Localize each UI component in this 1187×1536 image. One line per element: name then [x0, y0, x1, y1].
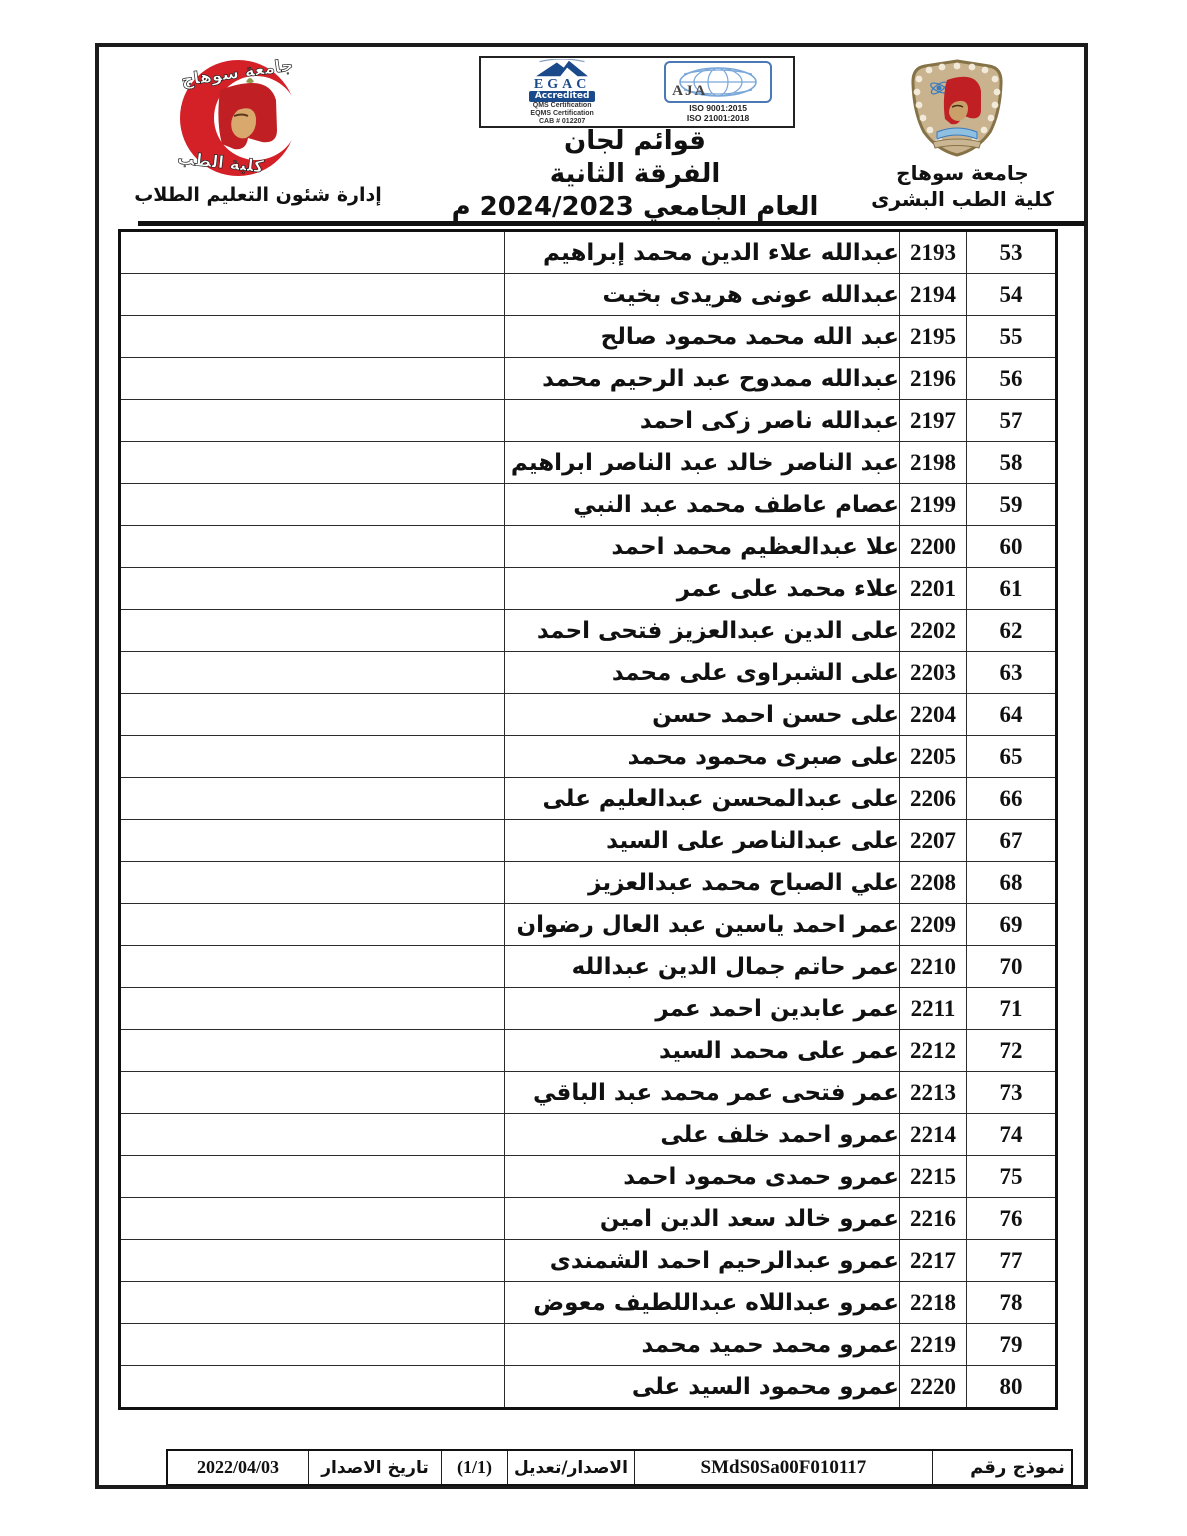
aja-globe-frame: AJA: [664, 61, 772, 103]
title-committee-lists: قوائم لجان: [400, 125, 870, 158]
university-name-block: جامعة سوهاج كلية الطب البشرى: [860, 160, 1065, 212]
signature-cell: [120, 694, 505, 736]
student-name: على حسن احمد حسن: [505, 694, 900, 736]
signature-cell: [120, 904, 505, 946]
seat-number: 2198: [900, 442, 967, 484]
student-row: على عبدالناصر على السيد220767: [120, 820, 1057, 862]
issue-date-label: تاريخ الاصدار: [309, 1450, 442, 1485]
student-row: عبد الناصر خالد عبد الناصر ابراهيم219858: [120, 442, 1057, 484]
student-row: عبدالله عونى هريدى بخيت219454: [120, 274, 1057, 316]
student-affairs-dept-label: إدارة شئون التعليم الطلاب: [118, 184, 398, 206]
seat-number: 2196: [900, 358, 967, 400]
student-row: عمر فتحى عمر محمد عبد الباقي221373: [120, 1072, 1057, 1114]
serial-number: 66: [967, 778, 1057, 820]
aja-iso-line: ISO 9001:2015: [689, 103, 747, 113]
seat-number: 2217: [900, 1240, 967, 1282]
student-row: علي الصباح محمد عبدالعزيز220868: [120, 862, 1057, 904]
student-row: علا عبدالعظيم محمد احمد220060: [120, 526, 1057, 568]
signature-cell: [120, 946, 505, 988]
aja-iso-line: ISO 21001:2018: [687, 113, 749, 123]
scanned-committee-list-page: { "header": { "left_logo": { "top_label"…: [0, 0, 1187, 1536]
student-name: علي الصباح محمد عبدالعزيز: [505, 862, 900, 904]
student-name: عمرو عبدالرحيم احمد الشمندى: [505, 1240, 900, 1282]
student-name: على عبدالمحسن عبدالعليم على: [505, 778, 900, 820]
student-row: على عبدالمحسن عبدالعليم على220666: [120, 778, 1057, 820]
egac-accredited-label: Accredited: [529, 91, 596, 102]
form-number-label: نموذج رقم: [932, 1450, 1072, 1485]
seat-number: 2199: [900, 484, 967, 526]
seat-number: 2207: [900, 820, 967, 862]
serial-number: 65: [967, 736, 1057, 778]
crescent-logo-graphic: جامعة سوهاج كلية الطب: [150, 52, 335, 184]
student-row: على حسن احمد حسن220464: [120, 694, 1057, 736]
egac-logo: EGAC Accredited QMS Certification EQMS C…: [481, 58, 643, 126]
aja-name: AJA: [672, 83, 707, 100]
students-table: عبدالله علاء الدين محمد إبراهيم219353عبد…: [118, 229, 1058, 1410]
signature-cell: [120, 484, 505, 526]
student-name: علا عبدالعظيم محمد احمد: [505, 526, 900, 568]
signature-cell: [120, 274, 505, 316]
signature-cell: [120, 231, 505, 274]
signature-cell: [120, 736, 505, 778]
title-second-year: الفرقة الثانية: [400, 158, 870, 191]
serial-number: 74: [967, 1114, 1057, 1156]
aja-logo: AJA ISO 9001:2015 ISO 21001:2018: [643, 58, 793, 126]
students-table-body: عبدالله علاء الدين محمد إبراهيم219353عبد…: [120, 231, 1057, 1409]
student-row: عمرو محمد حميد محمد221979: [120, 1324, 1057, 1366]
signature-cell: [120, 526, 505, 568]
student-row: على الدين عبدالعزيز فتحى احمد220262: [120, 610, 1057, 652]
seat-number: 2201: [900, 568, 967, 610]
seat-number: 2212: [900, 1030, 967, 1072]
seat-number: 2200: [900, 526, 967, 568]
serial-number: 57: [967, 400, 1057, 442]
serial-number: 72: [967, 1030, 1057, 1072]
student-name: عمر عابدين احمد عمر: [505, 988, 900, 1030]
student-row: عمر عابدين احمد عمر221171: [120, 988, 1057, 1030]
serial-number: 64: [967, 694, 1057, 736]
serial-number: 71: [967, 988, 1057, 1030]
serial-number: 59: [967, 484, 1057, 526]
signature-cell: [120, 1072, 505, 1114]
student-row: عمرو احمد خلف على221474: [120, 1114, 1057, 1156]
student-name: عمر حاتم جمال الدين عبدالله: [505, 946, 900, 988]
student-name: عبدالله ناصر زكى احمد: [505, 400, 900, 442]
student-name: عبدالله ممدوح عبد الرحيم محمد: [505, 358, 900, 400]
student-row: عمر حاتم جمال الدين عبدالله221070: [120, 946, 1057, 988]
seat-number: 2219: [900, 1324, 967, 1366]
student-name: عمرو محمد حميد محمد: [505, 1324, 900, 1366]
shield-logo-graphic: [905, 58, 1009, 158]
serial-number: 60: [967, 526, 1057, 568]
signature-cell: [120, 1198, 505, 1240]
issue-version-value: (1/1): [442, 1450, 508, 1485]
student-row: عمر احمد ياسين عبد العال رضوان220969: [120, 904, 1057, 946]
signature-cell: [120, 1156, 505, 1198]
seat-number: 2202: [900, 610, 967, 652]
student-row: عبدالله علاء الدين محمد إبراهيم219353: [120, 231, 1057, 274]
student-name: عمرو محمود السيد على: [505, 1366, 900, 1409]
student-name: عمر احمد ياسين عبد العال رضوان: [505, 904, 900, 946]
serial-number: 62: [967, 610, 1057, 652]
seat-number: 2206: [900, 778, 967, 820]
student-name: على صبرى محمود محمد: [505, 736, 900, 778]
student-row: عمر على محمد السيد221272: [120, 1030, 1057, 1072]
seat-number: 2193: [900, 231, 967, 274]
serial-number: 58: [967, 442, 1057, 484]
student-row: على الشبراوى على محمد220363: [120, 652, 1057, 694]
student-row: عبدالله ناصر زكى احمد219757: [120, 400, 1057, 442]
signature-cell: [120, 610, 505, 652]
seat-number: 2218: [900, 1282, 967, 1324]
seat-number: 2214: [900, 1114, 967, 1156]
seat-number: 2197: [900, 400, 967, 442]
student-name: عمرو خالد سعد الدين امين: [505, 1198, 900, 1240]
student-name: عمرو حمدى محمود احمد: [505, 1156, 900, 1198]
serial-number: 76: [967, 1198, 1057, 1240]
serial-number: 79: [967, 1324, 1057, 1366]
student-row: عمرو خالد سعد الدين امين221676: [120, 1198, 1057, 1240]
egac-cert-line: EQMS Certification: [530, 110, 593, 118]
student-name: على عبدالناصر على السيد: [505, 820, 900, 862]
student-name: عمر على محمد السيد: [505, 1030, 900, 1072]
faculty-crescent-logo: جامعة سوهاج كلية الطب: [150, 52, 335, 188]
form-footer-row: 2022/04/03 تاريخ الاصدار (1/1) الاصدار/ت…: [167, 1450, 1072, 1485]
signature-cell: [120, 568, 505, 610]
serial-number: 75: [967, 1156, 1057, 1198]
student-name: عبد الله محمد محمود صالح: [505, 316, 900, 358]
issue-date-value: 2022/04/03: [167, 1450, 309, 1485]
signature-cell: [120, 1114, 505, 1156]
seat-number: 2194: [900, 274, 967, 316]
seat-number: 2210: [900, 946, 967, 988]
seat-number: 2209: [900, 904, 967, 946]
title-academic-year: العام الجامعي 2024/2023 م: [400, 191, 870, 224]
certification-logos-box: EGAC Accredited QMS Certification EQMS C…: [479, 56, 795, 128]
student-name: عبد الناصر خالد عبد الناصر ابراهيم: [505, 442, 900, 484]
student-name: عبدالله علاء الدين محمد إبراهيم: [505, 231, 900, 274]
signature-cell: [120, 442, 505, 484]
faculty-name: كلية الطب البشرى: [860, 186, 1065, 212]
serial-number: 55: [967, 316, 1057, 358]
student-row: عمرو عبدالرحيم احمد الشمندى221777: [120, 1240, 1057, 1282]
student-name: عصام عاطف محمد عبد النبي: [505, 484, 900, 526]
serial-number: 61: [967, 568, 1057, 610]
signature-cell: [120, 652, 505, 694]
document-titles: قوائم لجان الفرقة الثانية العام الجامعي …: [400, 125, 870, 224]
egac-roof-icon: [530, 59, 594, 78]
signature-cell: [120, 820, 505, 862]
serial-number: 68: [967, 862, 1057, 904]
seat-number: 2208: [900, 862, 967, 904]
student-row: عمرو محمود السيد على222080: [120, 1366, 1057, 1409]
seat-number: 2203: [900, 652, 967, 694]
student-row: عمرو عبداللاه عبداللطيف معوض221878: [120, 1282, 1057, 1324]
seat-number: 2220: [900, 1366, 967, 1409]
serial-number: 70: [967, 946, 1057, 988]
student-name: على الدين عبدالعزيز فتحى احمد: [505, 610, 900, 652]
student-name: عمرو احمد خلف على: [505, 1114, 900, 1156]
student-row: عصام عاطف محمد عبد النبي219959: [120, 484, 1057, 526]
signature-cell: [120, 1366, 505, 1409]
signature-cell: [120, 1030, 505, 1072]
student-row: عبدالله ممدوح عبد الرحيم محمد219656: [120, 358, 1057, 400]
serial-number: 63: [967, 652, 1057, 694]
seat-number: 2215: [900, 1156, 967, 1198]
student-name: علاء محمد على عمر: [505, 568, 900, 610]
seat-number: 2213: [900, 1072, 967, 1114]
signature-cell: [120, 316, 505, 358]
student-name: عبدالله عونى هريدى بخيت: [505, 274, 900, 316]
serial-number: 77: [967, 1240, 1057, 1282]
seat-number: 2195: [900, 316, 967, 358]
serial-number: 78: [967, 1282, 1057, 1324]
university-shield-logo: [905, 58, 1009, 162]
student-name: على الشبراوى على محمد: [505, 652, 900, 694]
seat-number: 2204: [900, 694, 967, 736]
serial-number: 53: [967, 231, 1057, 274]
signature-cell: [120, 400, 505, 442]
signature-cell: [120, 1282, 505, 1324]
egac-cert-line: QMS Certification: [533, 102, 592, 110]
serial-number: 54: [967, 274, 1057, 316]
serial-number: 73: [967, 1072, 1057, 1114]
seat-number: 2205: [900, 736, 967, 778]
signature-cell: [120, 778, 505, 820]
student-row: عمرو حمدى محمود احمد221575: [120, 1156, 1057, 1198]
seat-number: 2216: [900, 1198, 967, 1240]
signature-cell: [120, 988, 505, 1030]
serial-number: 69: [967, 904, 1057, 946]
university-name: جامعة سوهاج: [860, 160, 1065, 186]
serial-number: 56: [967, 358, 1057, 400]
issue-version-label: الاصدار/تعديل: [508, 1450, 635, 1485]
student-name: عمر فتحى عمر محمد عبد الباقي: [505, 1072, 900, 1114]
student-name: عمرو عبداللاه عبداللطيف معوض: [505, 1282, 900, 1324]
signature-cell: [120, 862, 505, 904]
serial-number: 67: [967, 820, 1057, 862]
signature-cell: [120, 1240, 505, 1282]
egac-name: EGAC: [534, 78, 590, 91]
header-divider-rule: [138, 221, 1085, 226]
student-row: على صبرى محمود محمد220565: [120, 736, 1057, 778]
seat-number: 2211: [900, 988, 967, 1030]
signature-cell: [120, 1324, 505, 1366]
student-row: علاء محمد على عمر220161: [120, 568, 1057, 610]
form-footer-strip: 2022/04/03 تاريخ الاصدار (1/1) الاصدار/ت…: [166, 1449, 1073, 1486]
serial-number: 80: [967, 1366, 1057, 1409]
form-code-value: SMdS0Sa00F010117: [634, 1450, 932, 1485]
signature-cell: [120, 358, 505, 400]
student-row: عبد الله محمد محمود صالح219555: [120, 316, 1057, 358]
